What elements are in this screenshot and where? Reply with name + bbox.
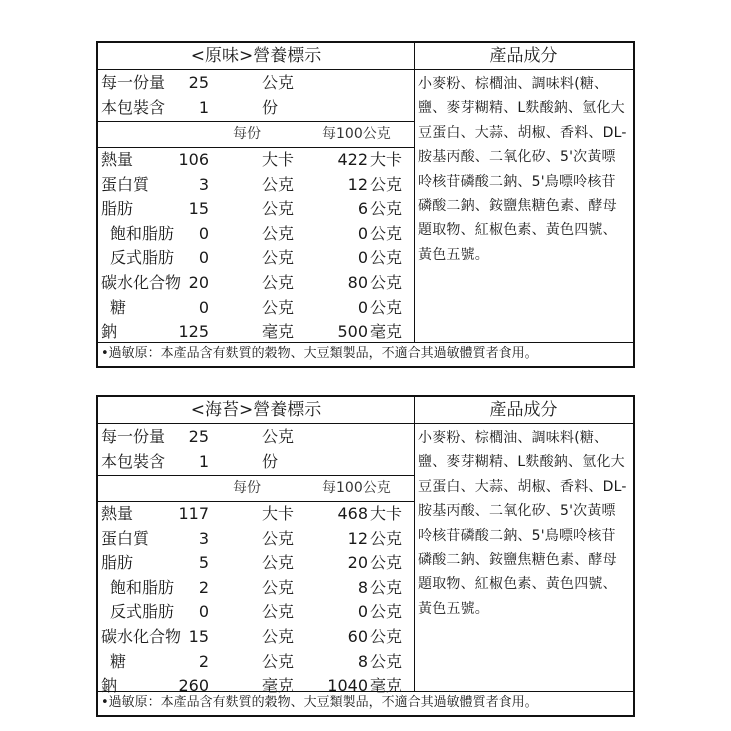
nutrient-row: 反式脂肪0公克0公克	[98, 600, 414, 625]
nutrient-name: 脂肪	[101, 197, 133, 222]
nutrient-name: 碳水化合物	[101, 625, 181, 650]
servings-unit: 份	[262, 449, 278, 474]
unit-per-serving: 公克	[262, 527, 294, 552]
servings-value: 1	[199, 95, 209, 120]
ingredients-panel: 產品成分 小麥粉、棕櫚油、調味料(糖、鹽、麥芽糊精、L麩酸鈉、氫化大豆蛋白、大蒜…	[414, 397, 633, 691]
value-per-serving: 0	[199, 246, 209, 271]
unit-per-serving: 公克	[262, 600, 294, 625]
unit-per-100g: 公克	[370, 576, 402, 601]
value-per-100g: 6	[358, 197, 368, 222]
value-per-100g: 20	[348, 551, 368, 576]
serving-size-value: 25	[189, 424, 209, 449]
value-per-100g: 468	[337, 502, 368, 527]
value-per-serving: 15	[189, 625, 209, 650]
col-per-serving: 每份	[233, 476, 261, 501]
unit-per-100g: 大卡	[370, 148, 402, 173]
value-per-100g: 422	[337, 148, 368, 173]
unit-per-serving: 公克	[262, 246, 294, 271]
unit-per-100g: 公克	[370, 173, 402, 198]
value-per-serving: 20	[189, 271, 209, 296]
value-per-serving: 2	[199, 650, 209, 675]
unit-per-100g: 公克	[370, 271, 402, 296]
value-per-serving: 0	[199, 296, 209, 321]
unit-per-100g: 公克	[370, 222, 402, 247]
unit-per-serving: 公克	[262, 173, 294, 198]
nutrient-rows: 熱量117大卡468大卡 蛋白質3公克12公克 脂肪5公克20公克 飽和脂肪2公…	[98, 502, 414, 699]
nutrient-name: 熱量	[101, 502, 133, 527]
unit-per-serving: 公克	[262, 271, 294, 296]
unit-per-serving: 公克	[262, 296, 294, 321]
unit-per-serving: 公克	[262, 576, 294, 601]
value-per-serving: 2	[199, 576, 209, 601]
value-per-serving: 117	[178, 502, 209, 527]
nutrient-rows: 熱量106大卡422大卡 蛋白質3公克12公克 脂肪15公克6公克 飽和脂肪0公…	[98, 148, 414, 345]
unit-per-serving: 公克	[262, 650, 294, 675]
nutrient-row: 熱量106大卡422大卡	[98, 148, 414, 173]
allergen-notice: •過敏原：本產品含有麩質的穀物、大豆類製品，不適合其過敏體質者食用。	[98, 342, 633, 366]
unit-per-serving: 大卡	[262, 502, 294, 527]
nutrition-title: <原味>營養標示	[98, 43, 414, 70]
nutrient-row: 脂肪5公克20公克	[98, 551, 414, 576]
value-per-100g: 8	[358, 576, 368, 601]
serving-size-label: 每一份量	[101, 424, 165, 449]
nutrition-title: <海苔>營養標示	[98, 397, 414, 424]
unit-per-100g: 公克	[370, 625, 402, 650]
nutrition-label-original: <原味>營養標示 每一份量 25 公克 本包裝含 1 份 每份 每100公克 熱…	[96, 41, 635, 368]
unit-per-serving: 公克	[262, 551, 294, 576]
value-per-serving: 0	[199, 600, 209, 625]
value-per-100g: 80	[348, 271, 368, 296]
nutrient-row: 蛋白質3公克12公克	[98, 527, 414, 552]
ingredients-title: 產品成分	[414, 43, 633, 70]
col-per-100g: 每100公克	[322, 476, 391, 501]
servings-label: 本包裝含	[101, 449, 165, 474]
ingredients-panel: 產品成分 小麥粉、棕櫚油、調味料(糖、鹽、麥芽糊精、L麩酸鈉、氫化大豆蛋白、大蒜…	[414, 43, 633, 342]
nutrient-name: 蛋白質	[101, 173, 149, 198]
servings-unit: 份	[262, 95, 278, 120]
nutrient-name: 熱量	[101, 148, 133, 173]
col-per-serving: 每份	[233, 122, 261, 147]
value-per-serving: 15	[189, 197, 209, 222]
nutrient-name: 糖	[110, 650, 126, 675]
serving-size-unit: 公克	[262, 424, 294, 449]
ingredients-title: 產品成分	[414, 397, 633, 424]
nutrient-row: 碳水化合物20公克80公克	[98, 271, 414, 296]
nutrient-name: 反式脂肪	[110, 600, 174, 625]
unit-per-100g: 公克	[370, 527, 402, 552]
unit-per-100g: 公克	[370, 296, 402, 321]
value-per-serving: 3	[199, 173, 209, 198]
value-per-serving: 106	[178, 148, 209, 173]
unit-per-serving: 公克	[262, 197, 294, 222]
unit-per-serving: 公克	[262, 625, 294, 650]
nutrient-name: 脂肪	[101, 551, 133, 576]
nutrient-row: 糖0公克0公克	[98, 296, 414, 321]
nutrient-name: 蛋白質	[101, 527, 149, 552]
nutrient-row: 熱量117大卡468大卡	[98, 502, 414, 527]
nutrient-row: 糖2公克8公克	[98, 650, 414, 675]
nutrient-row: 碳水化合物15公克60公克	[98, 625, 414, 650]
value-per-serving: 0	[199, 222, 209, 247]
column-header: 每份 每100公克	[98, 476, 414, 502]
unit-per-100g: 公克	[370, 246, 402, 271]
nutrient-name: 飽和脂肪	[110, 576, 174, 601]
allergen-notice: •過敏原：本產品含有麩質的穀物、大豆類製品，不適合其過敏體質者食用。	[98, 691, 633, 715]
column-header: 每份 每100公克	[98, 122, 414, 148]
servings-value: 1	[199, 449, 209, 474]
serving-size-label: 每一份量	[101, 70, 165, 95]
serving-info: 每一份量 25 公克 本包裝含 1 份	[98, 70, 414, 122]
servings-label: 本包裝含	[101, 95, 165, 120]
unit-per-serving: 大卡	[262, 148, 294, 173]
value-per-100g: 8	[358, 650, 368, 675]
value-per-serving: 3	[199, 527, 209, 552]
unit-per-serving: 公克	[262, 222, 294, 247]
nutrient-row: 飽和脂肪2公克8公克	[98, 576, 414, 601]
nutrient-name: 糖	[110, 296, 126, 321]
unit-per-100g: 公克	[370, 197, 402, 222]
nutrient-row: 脂肪15公克6公克	[98, 197, 414, 222]
unit-per-100g: 公克	[370, 650, 402, 675]
nutrient-row: 反式脂肪0公克0公克	[98, 246, 414, 271]
nutrient-row: 蛋白質3公克12公克	[98, 173, 414, 198]
value-per-100g: 0	[358, 600, 368, 625]
nutrient-name: 反式脂肪	[110, 246, 174, 271]
ingredients-text: 小麥粉、棕櫚油、調味料(糖、鹽、麥芽糊精、L麩酸鈉、氫化大豆蛋白、大蒜、胡椒、香…	[414, 424, 633, 621]
unit-per-100g: 大卡	[370, 502, 402, 527]
value-per-100g: 0	[358, 296, 368, 321]
value-per-100g: 12	[348, 527, 368, 552]
nutrient-name: 碳水化合物	[101, 271, 181, 296]
unit-per-100g: 公克	[370, 600, 402, 625]
serving-size-unit: 公克	[262, 70, 294, 95]
nutrition-facts-panel: <海苔>營養標示 每一份量 25 公克 本包裝含 1 份 每份 每100公克 熱…	[98, 397, 415, 691]
ingredients-text: 小麥粉、棕櫚油、調味料(糖、鹽、麥芽糊精、L麩酸鈉、氫化大豆蛋白、大蒜、胡椒、香…	[414, 70, 633, 267]
nutrition-facts-panel: <原味>營養標示 每一份量 25 公克 本包裝含 1 份 每份 每100公克 熱…	[98, 43, 415, 342]
serving-info: 每一份量 25 公克 本包裝含 1 份	[98, 424, 414, 476]
value-per-100g: 0	[358, 222, 368, 247]
value-per-100g: 12	[348, 173, 368, 198]
nutrient-name: 飽和脂肪	[110, 222, 174, 247]
unit-per-100g: 公克	[370, 551, 402, 576]
col-per-100g: 每100公克	[322, 122, 391, 147]
value-per-100g: 60	[348, 625, 368, 650]
serving-size-value: 25	[189, 70, 209, 95]
value-per-serving: 5	[199, 551, 209, 576]
nutrition-label-seaweed: <海苔>營養標示 每一份量 25 公克 本包裝含 1 份 每份 每100公克 熱…	[96, 395, 635, 717]
nutrient-row: 飽和脂肪0公克0公克	[98, 222, 414, 247]
value-per-100g: 0	[358, 246, 368, 271]
